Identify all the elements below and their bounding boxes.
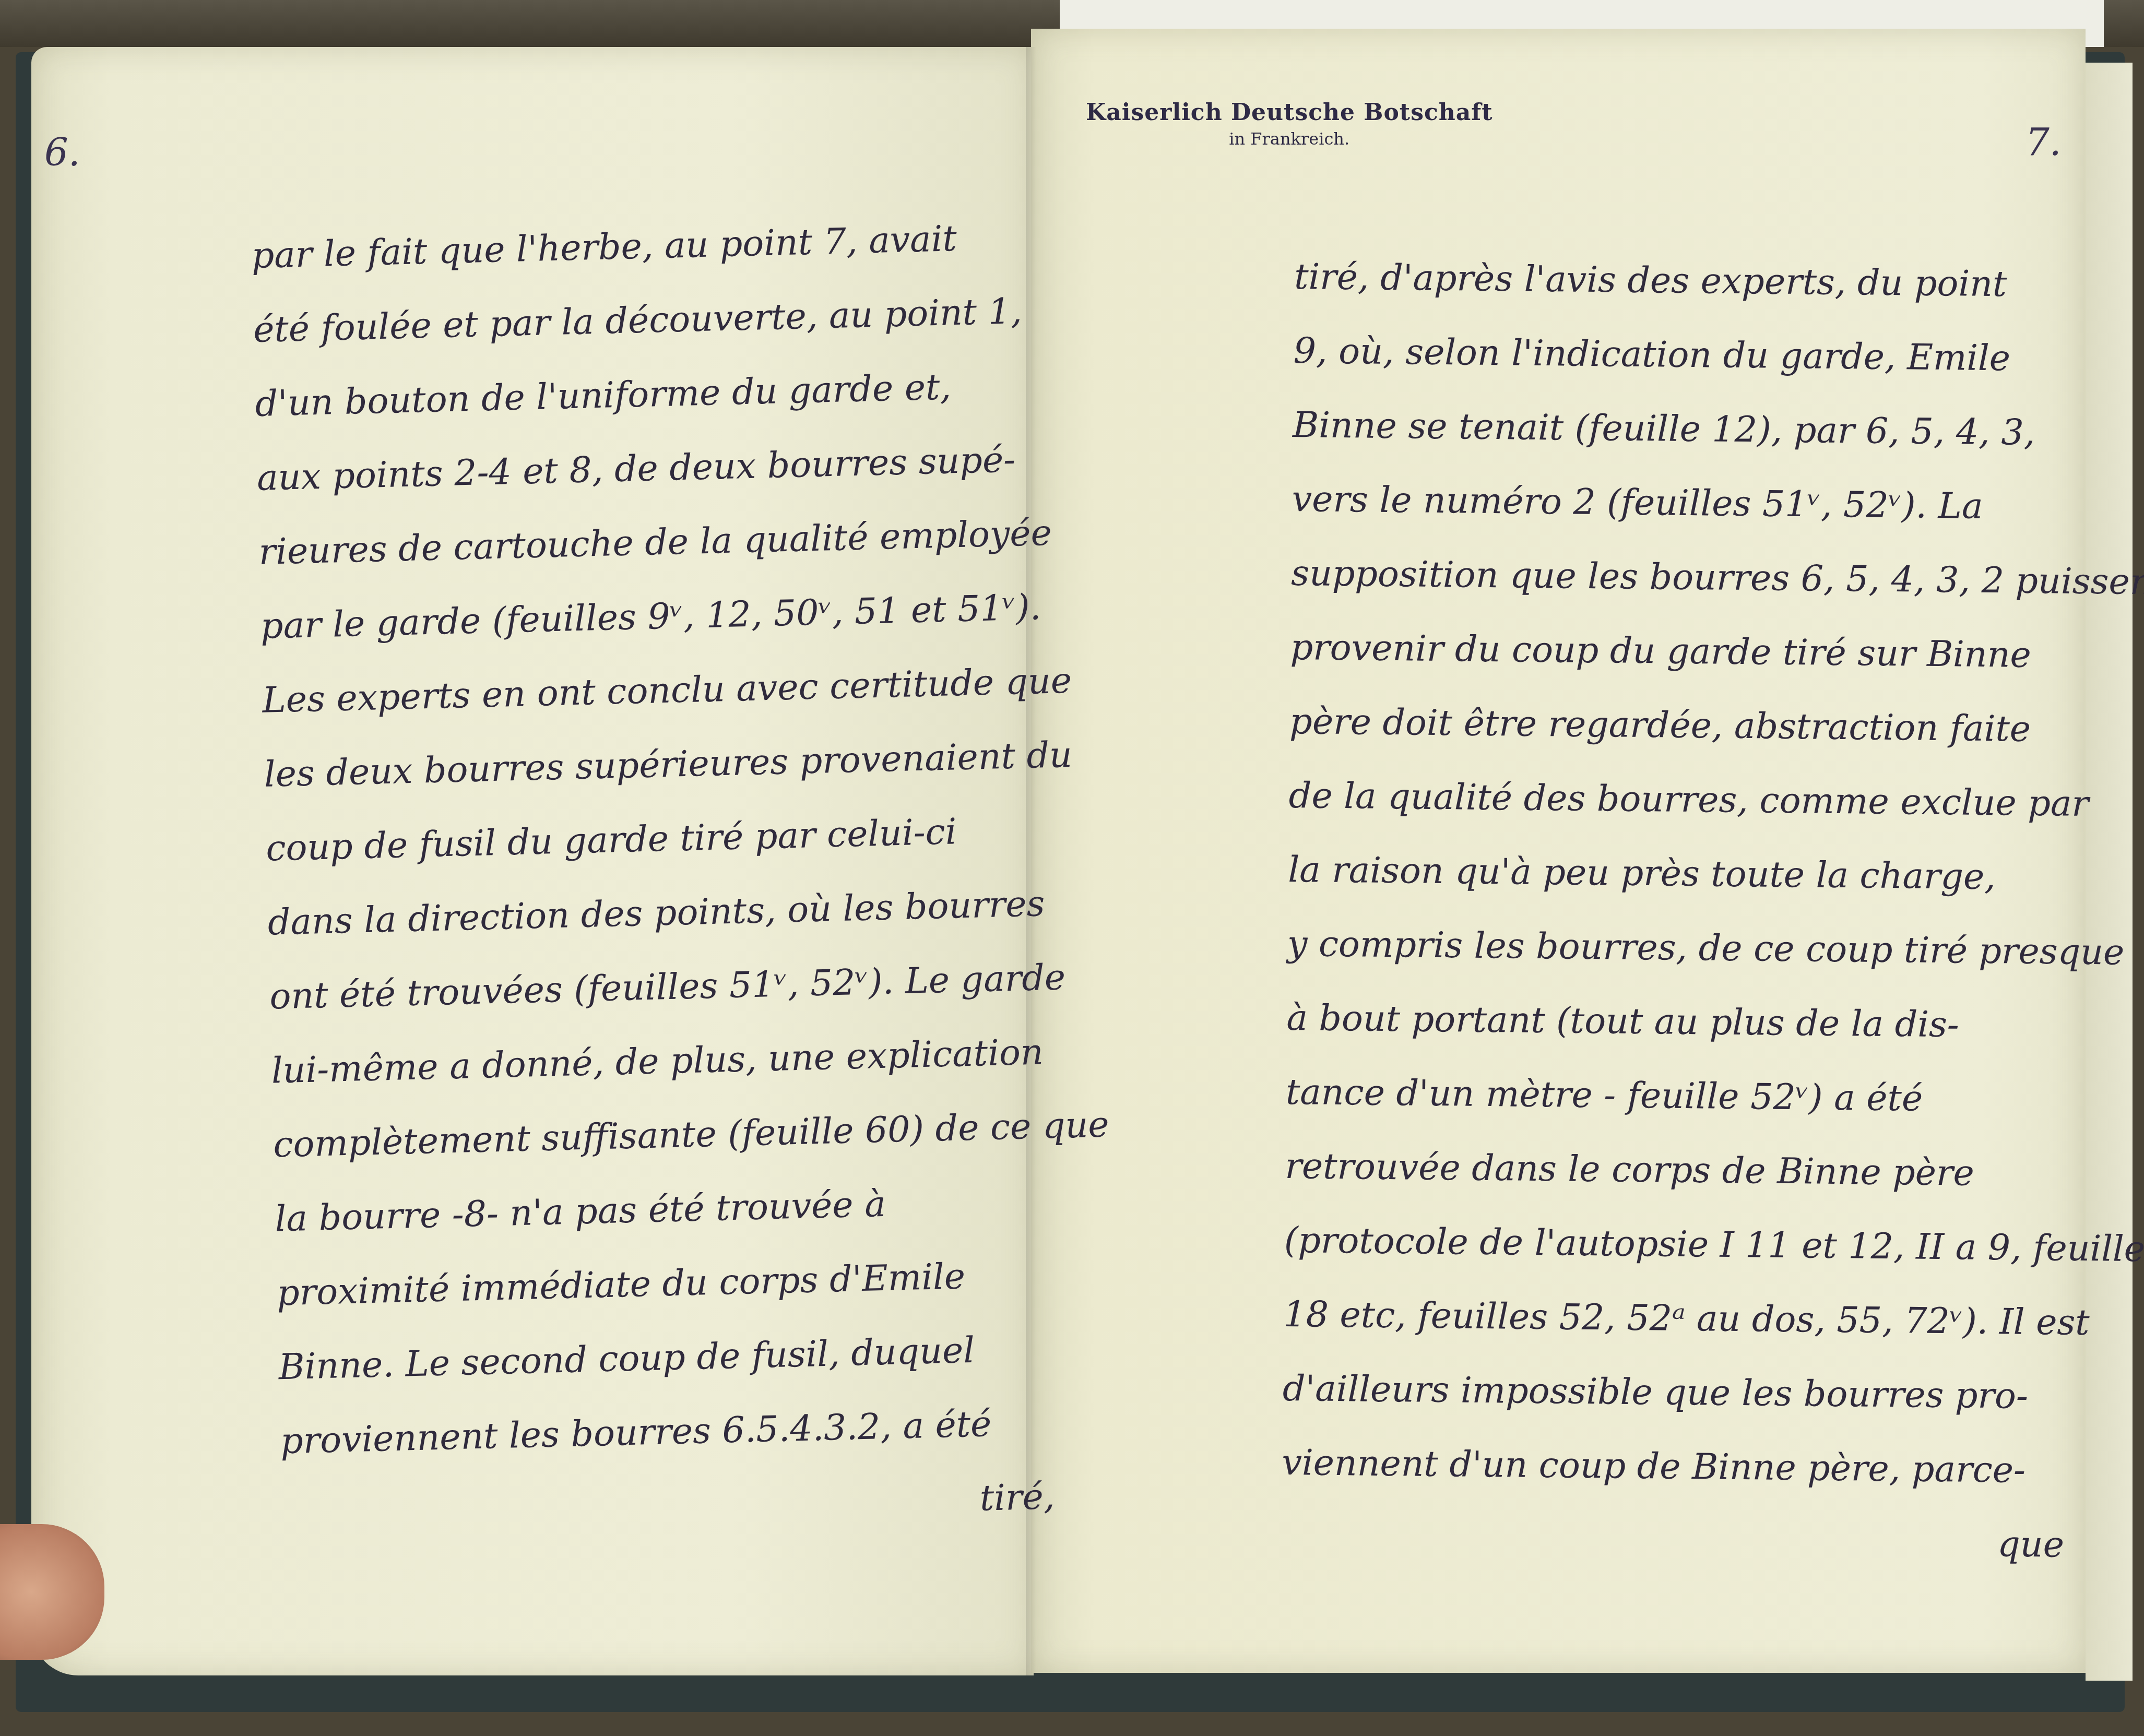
text-line: d'ailleurs impossible que les bourres pr… bbox=[1282, 1352, 2066, 1434]
text-line: 18 etc, feuilles 52, 52ᵃ au dos, 55, 72ᵛ… bbox=[1283, 1278, 2067, 1360]
text-line: supposition que les bourres 6, 5, 4, 3, … bbox=[1291, 537, 2075, 619]
text-line: père doit être regardée, abstraction fai… bbox=[1289, 685, 2073, 767]
text-line: (protocole de l'autopsie I 11 et 12, II … bbox=[1284, 1204, 2067, 1286]
text-line: tance d'un mètre - feuille 52ᵛ) a été bbox=[1285, 1055, 2069, 1138]
text-line: Binne se tenait (feuille 12), par 6, 5, … bbox=[1293, 388, 2076, 471]
letterhead-subtitle: in Frankreich. bbox=[1086, 129, 1492, 149]
text-line: la raison qu'à peu près toute la charge, bbox=[1288, 833, 2071, 915]
text-line-catchword: que bbox=[1281, 1500, 2064, 1583]
page-stack-edge bbox=[2086, 63, 2133, 1681]
letterhead: Kaiserlich Deutsche Botschaft in Frankre… bbox=[1086, 99, 1492, 149]
text-line: viennent d'un coup de Binne père, parce- bbox=[1282, 1426, 2065, 1508]
text-line: de la qualité des bourres, comme exclue … bbox=[1288, 759, 2072, 841]
text-line: à bout portant (tout au plus de la dis- bbox=[1286, 981, 2070, 1064]
text-line: provenir du coup du garde tiré sur Binne bbox=[1290, 611, 2074, 693]
text-line: tiré, d'après l'avis des experts, du poi… bbox=[1294, 240, 2078, 323]
left-page-number: 6. bbox=[44, 130, 80, 174]
letterhead-title: Kaiserlich Deutsche Botschaft bbox=[1086, 99, 1492, 126]
text-line: vers le numéro 2 (feuilles 51ᵛ, 52ᵛ). La bbox=[1292, 462, 2075, 545]
text-line: retrouvée dans le corps de Binne père bbox=[1285, 1129, 2068, 1212]
text-line: 9, où, selon l'indication du garde, Emil… bbox=[1293, 314, 2077, 397]
right-page-number: 7. bbox=[2025, 120, 2062, 164]
text-line: y compris les bourres, de ce coup tiré p… bbox=[1287, 907, 2070, 990]
right-page-text: tiré, d'après l'avis des experts, du poi… bbox=[1281, 240, 2078, 1583]
left-page-text: par le fait que l'herbe, au point 7, ava… bbox=[251, 200, 1056, 1553]
